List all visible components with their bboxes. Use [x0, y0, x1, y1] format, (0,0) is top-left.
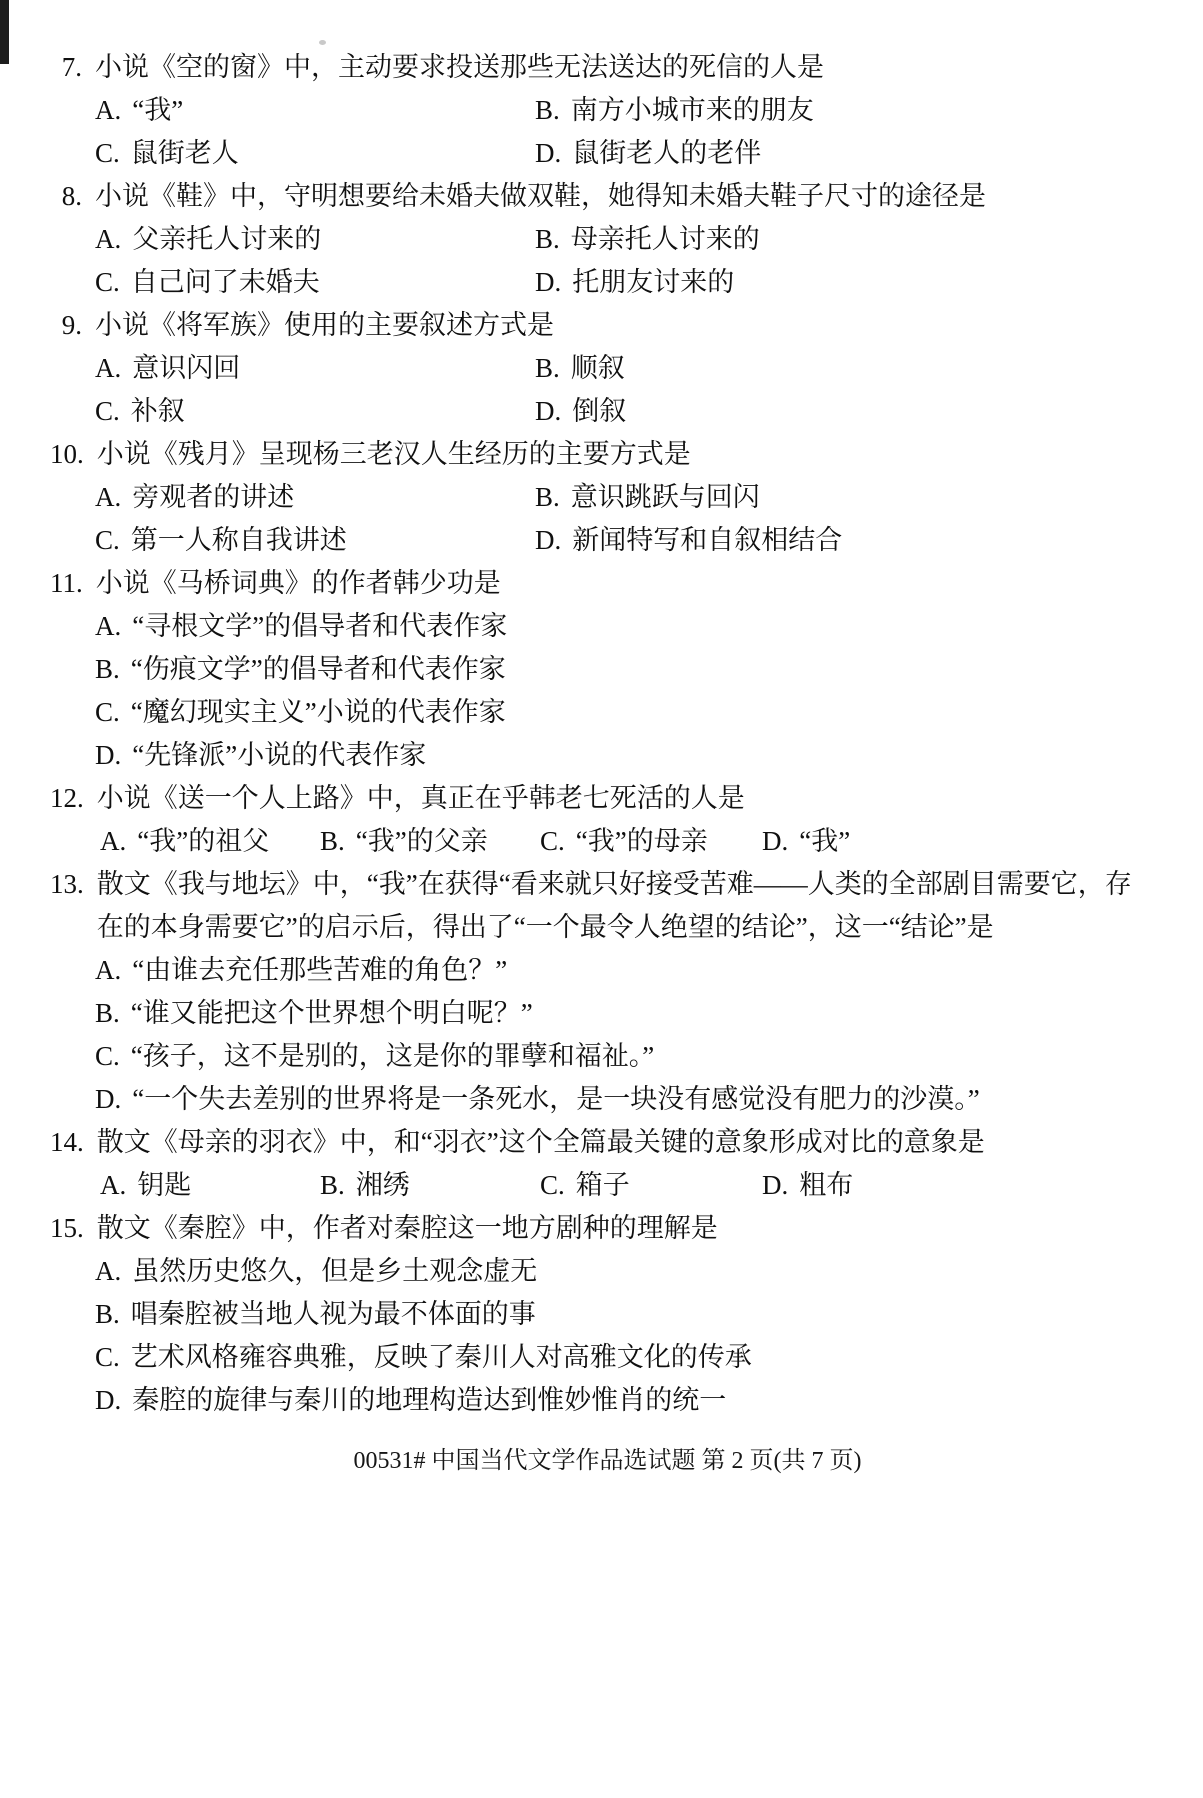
question-15-text: 散文《秦腔》中，作者对秦腔这一地方剧种的理解是 [97, 1207, 1145, 1250]
question-14-option-d: D.粗布 [762, 1164, 1165, 1207]
question-8-option-a: A.父亲托人讨来的 [95, 218, 535, 261]
question-12-option-d: D.“我” [762, 820, 1165, 863]
question-15-option-c: C.艺术风格雍容典雅，反映了秦川人对高雅文化的传承 [95, 1336, 1165, 1379]
question-14-option-c: C.箱子 [540, 1164, 762, 1207]
option-label-c: C. [95, 1342, 120, 1372]
question-14-option-a: A.钥匙 [100, 1164, 320, 1207]
option-label-c: C. [540, 1170, 565, 1200]
scan-artifact-dot [319, 40, 326, 45]
question-11-option-a: A.“寻根文学”的倡导者和代表作家 [95, 605, 1165, 648]
question-12-options: A.“我”的祖父 B.“我”的父亲 C.“我”的母亲 D.“我” [50, 820, 1165, 863]
question-11-number: 11. [50, 562, 83, 605]
option-label-d: D. [535, 396, 561, 426]
option-text-c: “魔幻现实主义”小说的代表作家 [131, 697, 506, 727]
scan-artifact-edge [0, 0, 9, 64]
option-text-a: “由谁去充任那些苦难的角色？” [132, 955, 507, 985]
option-text-a: 钥匙 [137, 1170, 191, 1200]
question-9-option-d: D.倒叙 [535, 390, 1165, 433]
question-11-options: A.“寻根文学”的倡导者和代表作家 B.“伤痕文学”的倡导者和代表作家 C.“魔… [50, 605, 1165, 777]
option-label-a: A. [100, 1170, 126, 1200]
question-12-option-b: B.“我”的父亲 [320, 820, 540, 863]
option-text-b: 南方小城市来的朋友 [571, 95, 814, 125]
page-footer: 00531# 中国当代文学作品选试题 第 2 页(共 7 页) [50, 1442, 1165, 1480]
question-10-options: A.旁观者的讲述 B.意识跳跃与回闪 C.第一人称自我讲述 D.新闻特写和自叙相… [50, 476, 1165, 562]
question-10-option-a: A.旁观者的讲述 [95, 476, 535, 519]
question-12-number: 12. [50, 777, 84, 820]
option-text-d: “我” [799, 826, 850, 856]
option-text-b: 湘绣 [356, 1170, 410, 1200]
option-label-d: D. [535, 267, 561, 297]
question-14-stem: 14. 散文《母亲的羽衣》中，和“羽衣”这个全篇最关键的意象形成对比的意象是 [50, 1121, 1165, 1164]
question-9-option-a: A.意识闪回 [95, 347, 535, 390]
question-14-text: 散文《母亲的羽衣》中，和“羽衣”这个全篇最关键的意象形成对比的意象是 [97, 1121, 1145, 1164]
option-text-a: “我” [132, 95, 183, 125]
option-text-d: “先锋派”小说的代表作家 [132, 740, 426, 770]
option-label-c: C. [95, 138, 120, 168]
option-label-c: C. [540, 826, 565, 856]
option-text-b: “谁又能把这个世界想个明白呢？” [131, 998, 533, 1028]
question-9-stem: 9. 小说《将军族》使用的主要叙述方式是 [50, 304, 1165, 347]
option-text-b: “我”的父亲 [356, 826, 488, 856]
question-8-options: A.父亲托人讨来的 B.母亲托人讨来的 C.自己问了未婚夫 D.托朋友讨来的 [50, 218, 1165, 304]
question-8-option-d: D.托朋友讨来的 [535, 261, 1165, 304]
option-text-a: “我”的祖父 [137, 826, 269, 856]
option-text-a: “寻根文学”的倡导者和代表作家 [132, 611, 507, 641]
question-11: 11. 小说《马桥词典》的作者韩少功是 A.“寻根文学”的倡导者和代表作家 B.… [50, 562, 1165, 777]
option-text-d: “一个失去差别的世界将是一条死水，是一块没有感觉没有肥力的沙漠。” [132, 1084, 979, 1114]
question-15-options: A.虽然历史悠久，但是乡土观念虚无 B.唱秦腔被当地人视为最不体面的事 C.艺术… [50, 1250, 1165, 1422]
question-14-options: A.钥匙 B.湘绣 C.箱子 D.粗布 [50, 1164, 1165, 1207]
question-11-text: 小说《马桥词典》的作者韩少功是 [96, 562, 1144, 605]
option-text-a: 虽然历史悠久，但是乡土观念虚无 [132, 1256, 537, 1286]
option-label-a: A. [95, 482, 121, 512]
question-11-stem: 11. 小说《马桥词典》的作者韩少功是 [50, 562, 1165, 605]
option-label-d: D. [762, 1170, 788, 1200]
option-label-b: B. [95, 654, 120, 684]
question-10-number: 10. [50, 433, 84, 476]
question-7-number: 7. [50, 46, 82, 89]
question-12-text: 小说《送一个人上路》中，真正在乎韩老七死活的人是 [97, 777, 1145, 820]
question-7: 7. 小说《空的窗》中，主动要求投送那些无法送达的死信的人是 A.“我” B.南… [50, 46, 1165, 175]
question-12-option-c: C.“我”的母亲 [540, 820, 762, 863]
option-text-a: 旁观者的讲述 [132, 482, 294, 512]
option-text-c: “孩子，这不是别的，这是你的罪孽和福祉。” [131, 1041, 654, 1071]
option-label-b: B. [95, 998, 120, 1028]
question-15-option-b: B.唱秦腔被当地人视为最不体面的事 [95, 1293, 1165, 1336]
question-9-option-c: C.补叙 [95, 390, 535, 433]
question-8-stem: 8. 小说《鞋》中，守明想要给未婚夫做双鞋，她得知未婚夫鞋子尺寸的途径是 [50, 175, 1165, 218]
question-7-text: 小说《空的窗》中，主动要求投送那些无法送达的死信的人是 [95, 46, 1143, 89]
option-label-d: D. [762, 826, 788, 856]
question-13-text: 散文《我与地坛》中，“我”在获得“看来就只好接受苦难——人类的全部剧目需要它，存… [97, 863, 1145, 949]
question-15-option-d: D.秦腔的旋律与秦川的地理构造达到惟妙惟肖的统一 [95, 1379, 1165, 1422]
option-label-b: B. [320, 1170, 345, 1200]
option-text-a: 父亲托人讨来的 [132, 224, 321, 254]
option-label-b: B. [535, 224, 560, 254]
option-text-c: 自己问了未婚夫 [131, 267, 320, 297]
question-14: 14. 散文《母亲的羽衣》中，和“羽衣”这个全篇最关键的意象形成对比的意象是 A… [50, 1121, 1165, 1207]
question-13-stem: 13. 散文《我与地坛》中，“我”在获得“看来就只好接受苦难——人类的全部剧目需… [50, 863, 1165, 949]
question-13-option-c: C.“孩子，这不是别的，这是你的罪孽和福祉。” [95, 1035, 1165, 1078]
option-text-c: 箱子 [576, 1170, 630, 1200]
question-8-option-c: C.自己问了未婚夫 [95, 261, 535, 304]
option-label-b: B. [535, 482, 560, 512]
question-10-stem: 10. 小说《残月》呈现杨三老汉人生经历的主要方式是 [50, 433, 1165, 476]
exam-page: 7. 小说《空的窗》中，主动要求投送那些无法送达的死信的人是 A.“我” B.南… [0, 0, 1203, 1480]
option-label-a: A. [95, 1256, 121, 1286]
question-10-option-d: D.新闻特写和自叙相结合 [535, 519, 1165, 562]
option-label-d: D. [95, 1385, 121, 1415]
option-label-c: C. [95, 1041, 120, 1071]
question-12-option-a: A.“我”的祖父 [100, 820, 320, 863]
option-label-b: B. [320, 826, 345, 856]
option-text-b: 意识跳跃与回闪 [571, 482, 760, 512]
option-text-d: 秦腔的旋律与秦川的地理构造达到惟妙惟肖的统一 [132, 1385, 726, 1415]
option-label-b: B. [535, 95, 560, 125]
question-12-stem: 12. 小说《送一个人上路》中，真正在乎韩老七死活的人是 [50, 777, 1165, 820]
option-text-c: “我”的母亲 [576, 826, 708, 856]
question-10-option-b: B.意识跳跃与回闪 [535, 476, 1165, 519]
question-15-number: 15. [50, 1207, 84, 1250]
option-label-a: A. [95, 955, 121, 985]
question-7-option-c: C.鼠街老人 [95, 132, 535, 175]
option-text-c: 补叙 [131, 396, 185, 426]
option-label-b: B. [95, 1299, 120, 1329]
question-8: 8. 小说《鞋》中，守明想要给未婚夫做双鞋，她得知未婚夫鞋子尺寸的途径是 A.父… [50, 175, 1165, 304]
option-label-d: D. [535, 138, 561, 168]
option-text-b: 唱秦腔被当地人视为最不体面的事 [131, 1299, 536, 1329]
option-label-c: C. [95, 525, 120, 555]
option-label-c: C. [95, 267, 120, 297]
question-7-option-a: A.“我” [95, 89, 535, 132]
question-13-option-d: D.“一个失去差别的世界将是一条死水，是一块没有感觉没有肥力的沙漠。” [95, 1078, 1165, 1121]
question-13-options: A.“由谁去充任那些苦难的角色？” B.“谁又能把这个世界想个明白呢？” C.“… [50, 949, 1165, 1121]
option-text-c: 艺术风格雍容典雅，反映了秦川人对高雅文化的传承 [131, 1342, 752, 1372]
question-15: 15. 散文《秦腔》中，作者对秦腔这一地方剧种的理解是 A.虽然历史悠久，但是乡… [50, 1207, 1165, 1422]
question-8-text: 小说《鞋》中，守明想要给未婚夫做双鞋，她得知未婚夫鞋子尺寸的途径是 [95, 175, 1143, 218]
question-14-option-b: B.湘绣 [320, 1164, 540, 1207]
question-7-options: A.“我” B.南方小城市来的朋友 C.鼠街老人 D.鼠街老人的老伴 [50, 89, 1165, 175]
question-8-number: 8. [50, 175, 82, 218]
option-text-d: 粗布 [799, 1170, 853, 1200]
option-label-a: A. [95, 95, 121, 125]
question-7-option-b: B.南方小城市来的朋友 [535, 89, 1165, 132]
question-8-option-b: B.母亲托人讨来的 [535, 218, 1165, 261]
option-label-a: A. [95, 611, 121, 641]
question-7-stem: 7. 小说《空的窗》中，主动要求投送那些无法送达的死信的人是 [50, 46, 1165, 89]
question-13: 13. 散文《我与地坛》中，“我”在获得“看来就只好接受苦难——人类的全部剧目需… [50, 863, 1165, 1121]
question-10-option-c: C.第一人称自我讲述 [95, 519, 535, 562]
option-text-a: 意识闪回 [132, 353, 240, 383]
option-label-a: A. [95, 353, 121, 383]
question-9-option-b: B.顺叙 [535, 347, 1165, 390]
question-9-number: 9. [50, 304, 82, 347]
option-label-c: C. [95, 697, 120, 727]
option-label-d: D. [95, 740, 121, 770]
question-9-text: 小说《将军族》使用的主要叙述方式是 [95, 304, 1143, 347]
question-13-option-a: A.“由谁去充任那些苦难的角色？” [95, 949, 1165, 992]
question-12: 12. 小说《送一个人上路》中，真正在乎韩老七死活的人是 A.“我”的祖父 B.… [50, 777, 1165, 863]
question-13-option-b: B.“谁又能把这个世界想个明白呢？” [95, 992, 1165, 1035]
option-text-d: 托朋友讨来的 [572, 267, 734, 297]
question-15-option-a: A.虽然历史悠久，但是乡土观念虚无 [95, 1250, 1165, 1293]
option-text-d: 鼠街老人的老伴 [572, 138, 761, 168]
option-text-b: “伤痕文学”的倡导者和代表作家 [131, 654, 506, 684]
question-10: 10. 小说《残月》呈现杨三老汉人生经历的主要方式是 A.旁观者的讲述 B.意识… [50, 433, 1165, 562]
option-label-a: A. [95, 224, 121, 254]
option-text-c: 第一人称自我讲述 [131, 525, 347, 555]
question-14-number: 14. [50, 1121, 84, 1164]
question-11-option-d: D.“先锋派”小说的代表作家 [95, 734, 1165, 777]
question-13-number: 13. [50, 863, 84, 949]
option-text-c: 鼠街老人 [131, 138, 239, 168]
option-label-d: D. [95, 1084, 121, 1114]
option-label-a: A. [100, 826, 126, 856]
option-text-d: 倒叙 [572, 396, 626, 426]
option-text-b: 母亲托人讨来的 [571, 224, 760, 254]
question-15-stem: 15. 散文《秦腔》中，作者对秦腔这一地方剧种的理解是 [50, 1207, 1165, 1250]
option-text-d: 新闻特写和自叙相结合 [572, 525, 842, 555]
option-label-d: D. [535, 525, 561, 555]
question-11-option-b: B.“伤痕文学”的倡导者和代表作家 [95, 648, 1165, 691]
question-10-text: 小说《残月》呈现杨三老汉人生经历的主要方式是 [97, 433, 1145, 476]
option-label-b: B. [535, 353, 560, 383]
option-text-b: 顺叙 [571, 353, 625, 383]
question-9-options: A.意识闪回 B.顺叙 C.补叙 D.倒叙 [50, 347, 1165, 433]
question-7-option-d: D.鼠街老人的老伴 [535, 132, 1165, 175]
question-9: 9. 小说《将军族》使用的主要叙述方式是 A.意识闪回 B.顺叙 C.补叙 D.… [50, 304, 1165, 433]
option-label-c: C. [95, 396, 120, 426]
question-11-option-c: C.“魔幻现实主义”小说的代表作家 [95, 691, 1165, 734]
